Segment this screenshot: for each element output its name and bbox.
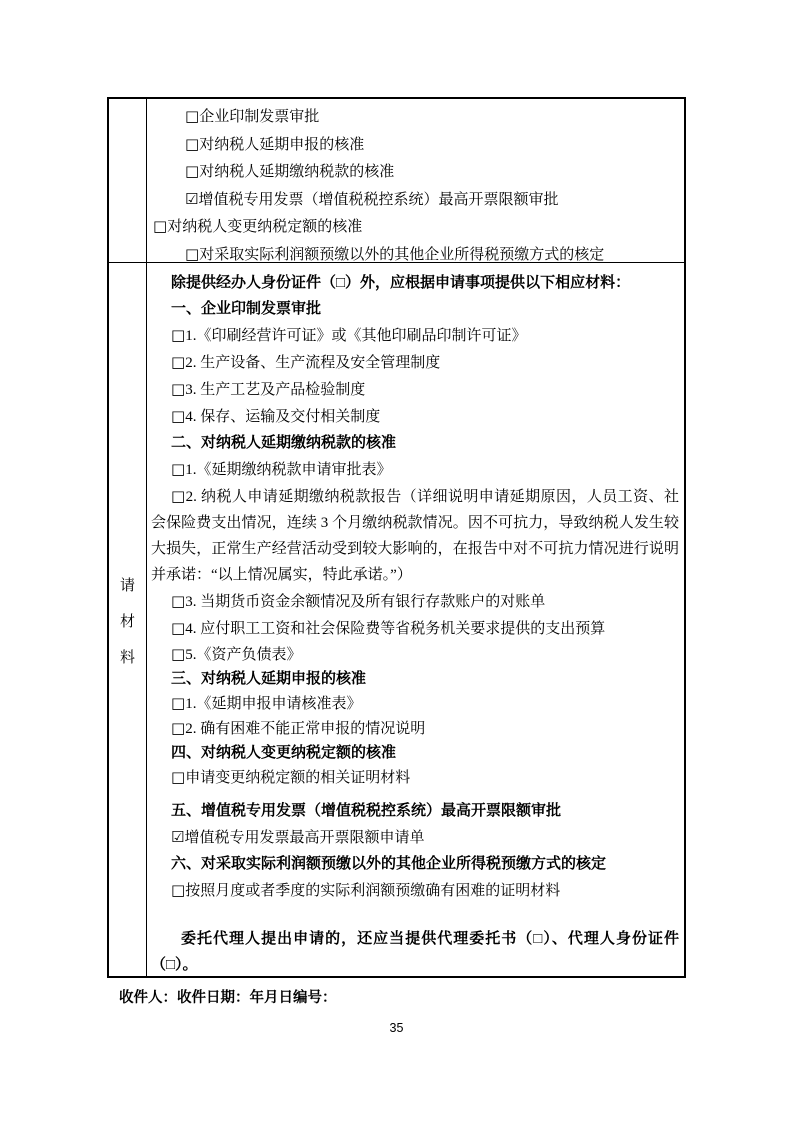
checkbox-item-line: □2. 确有困难不能正常申报的情况说明	[151, 716, 679, 741]
checkbox-item-line: □对纳税人延期缴纳税款的核准	[151, 158, 680, 186]
line-text: 二、对纳税人延期缴纳税款的核准	[171, 434, 396, 451]
line-text: 2. 确有困难不能正常申报的情况说明	[185, 721, 425, 737]
checkbox-item-line: □对纳税人延期申报的核准	[151, 131, 680, 159]
line-text: 对采取实际利润额预缴以外的其他企业所得税预缴方式的核定	[199, 247, 604, 263]
checkbox-unchecked-icon: □	[171, 719, 185, 737]
document-page: □企业印制发票审批□对纳税人延期申报的核准□对纳税人延期缴纳税款的核准☑增值税专…	[0, 0, 793, 1122]
checkbox-unchecked-icon: □	[171, 460, 185, 478]
row1-label-cell-empty	[109, 99, 147, 262]
line-text: 除提供经办人身份证件（□）外，应根据申请事项提供以下相应材料：	[171, 274, 630, 291]
checkbox-item-line: □3. 生产工艺及产品检验制度	[151, 376, 679, 403]
checkbox-item-line: □2. 纳税人申请延期缴纳税款报告（详细说明申请延期原因，人员工资、社会保险费支…	[151, 483, 679, 588]
line-text: 对纳税人延期申报的核准	[199, 137, 364, 153]
materials-row: 请 材 料 除提供经办人身份证件（□）外，应根据申请事项提供以下相应材料：一、企…	[109, 263, 684, 978]
line-text: 对纳税人变更纳税定额的核准	[167, 219, 362, 235]
section-header-line: 六、对采取实际利润额预缴以外的其他企业所得税预缴方式的核定	[151, 851, 679, 877]
checkbox-item-line: □1.《延期申报申请核准表》	[151, 691, 679, 716]
checkbox-item-line: □按照月度或者季度的实际利润额预缴确有困难的证明材料	[151, 877, 679, 904]
checkbox-unchecked-icon: □	[185, 135, 199, 153]
line-text: 对纳税人延期缴纳税款的核准	[199, 164, 394, 180]
line-text: 三、对纳税人延期申报的核准	[171, 670, 366, 687]
checkbox-unchecked-icon: □	[171, 645, 185, 663]
checkbox-checked-icon: ☑	[185, 190, 198, 208]
page-number: 35	[0, 1021, 793, 1035]
materials-label-char: 料	[120, 646, 135, 667]
line-text: 5.《资产负债表》	[185, 647, 301, 663]
line-text: 申请变更纳税定额的相关证明材料	[185, 770, 410, 786]
line-text: 委托代理人提出申请的，还应当提供代理委托书（□）、代理人身份证件（□）。	[151, 930, 679, 973]
checkbox-unchecked-icon: □	[171, 619, 185, 637]
section-header-line: 四、对纳税人变更纳税定额的核准	[151, 741, 679, 765]
line-text: 2. 纳税人申请延期缴纳税款报告（详细说明申请延期原因，人员工资、社会保险费支出…	[151, 489, 679, 583]
line-text: 4. 应付职工工资和社会保险费等省税务机关要求提供的支出预算	[185, 621, 605, 637]
checkbox-unchecked-icon: □	[171, 326, 185, 344]
checkbox-item-line: □申请变更纳税定额的相关证明材料	[151, 765, 679, 790]
section-header-line: 二、对纳税人延期缴纳税款的核准	[151, 430, 679, 456]
line-text: 增值税专用发票（增值税税控系统）最高开票限额审批	[198, 192, 558, 208]
checkbox-item-line: ☑增值税专用发票最高开票限额申请单	[151, 824, 679, 851]
checkbox-unchecked-icon: □	[171, 407, 185, 425]
checkbox-unchecked-icon: □	[153, 217, 167, 235]
checkbox-unchecked-icon: □	[185, 107, 199, 125]
checkbox-unchecked-icon: □	[171, 353, 185, 371]
checkbox-item-line: □5.《资产负债表》	[151, 642, 679, 667]
checkbox-item-line: □4. 应付职工工资和社会保险费等省税务机关要求提供的支出预算	[151, 615, 679, 642]
checkbox-unchecked-icon: □	[171, 380, 185, 398]
materials-label-char: 请	[120, 574, 135, 595]
receiver-line: 收件人：收件日期：年月日编号：	[119, 986, 337, 1007]
approval-items-row: □企业印制发票审批□对纳税人延期申报的核准□对纳税人延期缴纳税款的核准☑增值税专…	[109, 99, 684, 263]
materials-label-cell: 请 材 料	[109, 263, 147, 978]
checkbox-checked-icon: ☑	[171, 828, 184, 846]
section-header-line: 三、对纳税人延期申报的核准	[151, 667, 679, 691]
line-text: 4. 保存、运输及交付相关制度	[185, 409, 380, 425]
section-header-line: 除提供经办人身份证件（□）外，应根据申请事项提供以下相应材料：	[151, 270, 679, 296]
materials-content-cell: 除提供经办人身份证件（□）外，应根据申请事项提供以下相应材料：一、企业印制发票审…	[147, 263, 684, 978]
checkbox-item-line: □对采取实际利润额预缴以外的其他企业所得税预缴方式的核定	[151, 241, 680, 263]
line-text: 五、增值税专用发票（增值税税控系统）最高开票限额审批	[171, 802, 561, 819]
checkbox-unchecked-icon: □	[171, 768, 185, 786]
checkbox-item-line: ☑增值税专用发票（增值税税控系统）最高开票限额审批	[151, 186, 680, 214]
materials-label-char: 材	[120, 610, 135, 631]
line-text: 按照月度或者季度的实际利润额预缴确有困难的证明材料	[185, 883, 560, 899]
checkbox-unchecked-icon: □	[171, 487, 186, 505]
line-text: 1.《印刷经营许可证》或《其他印刷品印制许可证》	[185, 328, 526, 344]
checkbox-item-line: □2. 生产设备、生产流程及安全管理制度	[151, 349, 679, 376]
checkbox-item-line: □1.《延期缴纳税款申请审批表》	[151, 456, 679, 483]
line-text: 六、对采取实际利润额预缴以外的其他企业所得税预缴方式的核定	[171, 855, 606, 872]
section-header-line: 委托代理人提出申请的，还应当提供代理委托书（□）、代理人身份证件（□）。	[151, 926, 679, 978]
checkbox-item-line: □3. 当期货币资金余额情况及所有银行存款账户的对账单	[151, 588, 679, 615]
approval-items-cell: □企业印制发票审批□对纳税人延期申报的核准□对纳税人延期缴纳税款的核准☑增值税专…	[147, 99, 684, 262]
line-text: 3. 生产工艺及产品检验制度	[185, 382, 365, 398]
checkbox-item-line: □企业印制发票审批	[151, 103, 680, 131]
line-text: 2. 生产设备、生产流程及安全管理制度	[185, 355, 440, 371]
checkbox-item-line: □4. 保存、运输及交付相关制度	[151, 403, 679, 430]
line-text: 四、对纳税人变更纳税定额的核准	[171, 744, 396, 761]
line-text: 3. 当期货币资金余额情况及所有银行存款账户的对账单	[185, 594, 545, 610]
checkbox-unchecked-icon: □	[171, 694, 185, 712]
line-text: 1.《延期申报申请核准表》	[185, 696, 361, 712]
checkbox-unchecked-icon: □	[185, 162, 199, 180]
section-header-line: 一、企业印制发票审批	[151, 296, 679, 322]
section-header-line: 五、增值税专用发票（增值税税控系统）最高开票限额审批	[151, 798, 679, 824]
form-table: □企业印制发票审批□对纳税人延期申报的核准□对纳税人延期缴纳税款的核准☑增值税专…	[107, 97, 686, 978]
line-text: 1.《延期缴纳税款申请审批表》	[185, 462, 391, 478]
line-text: 增值税专用发票最高开票限额申请单	[184, 830, 424, 846]
checkbox-unchecked-icon: □	[171, 881, 185, 899]
checkbox-item-line: □对纳税人变更纳税定额的核准	[151, 213, 680, 241]
line-text: 一、企业印制发票审批	[171, 300, 321, 317]
checkbox-unchecked-icon: □	[171, 592, 185, 610]
line-text: 企业印制发票审批	[199, 109, 319, 125]
checkbox-unchecked-icon: □	[185, 245, 199, 263]
checkbox-item-line: □1.《印刷经营许可证》或《其他印刷品印制许可证》	[151, 322, 679, 349]
blank-line	[151, 904, 679, 926]
